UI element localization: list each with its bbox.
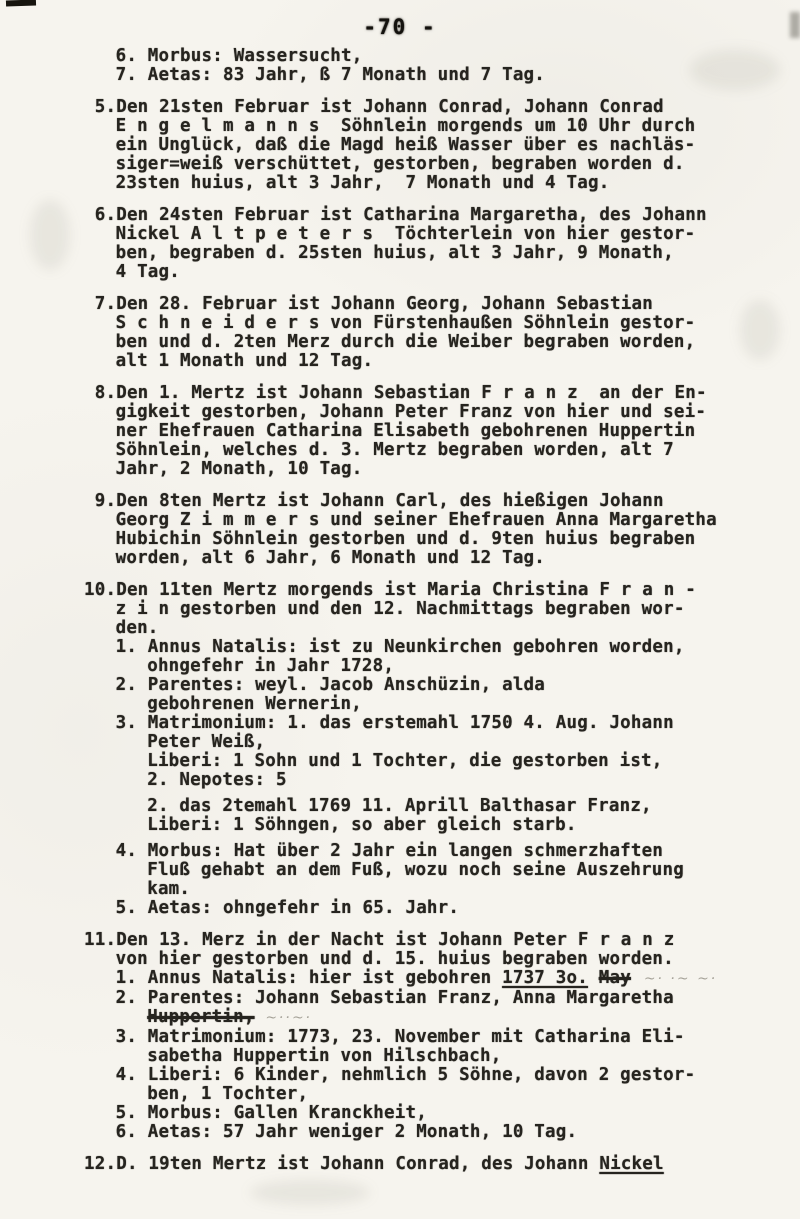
text-segment: 2. Parentes: Johann Sebastian Franz, Ann… (116, 988, 674, 1008)
text-line: Liberi: 1 Söhngen, so aber gleich starb. (84, 816, 770, 835)
text-line: von hier gestorben und d. 15. huius begr… (84, 950, 770, 969)
text-line: 23sten huius, alt 3 Jahr, 7 Monath und 4… (84, 174, 770, 193)
text-line: Peter Weiß, (84, 733, 770, 752)
document-page: -70 - 6. Morbus: Wassersucht,7. Aetas: 8… (0, 0, 800, 1219)
text-line: Fluß gehabt an dem Fuß, wozu noch seine … (84, 861, 770, 880)
text-line: Liberi: 1 Sohn und 1 Tochter, die gestor… (84, 752, 770, 771)
struck-through-text: May (599, 968, 631, 988)
text-line: 2. Parentes: weyl. Jacob Anschüzin, alda (84, 676, 770, 695)
text-line: 5. Aetas: ohngefehr in 65. Jahr. (84, 899, 770, 918)
text-line: den. (84, 619, 770, 638)
text-line: ben, begraben d. 25sten huius, alt 3 Jah… (84, 244, 770, 263)
text-segment: den. (116, 618, 159, 638)
text-segment: 2. Parentes: weyl. Jacob Anschüzin, alda (116, 675, 545, 695)
text-line: 9.Den 8ten Mertz ist Johann Carl, des hi… (84, 492, 770, 511)
text-segment: 4. Liberi: 6 Kinder, nehmlich 5 Söhne, d… (116, 1065, 696, 1085)
text-segment: ohngefehr in Jahr 1728, (147, 656, 394, 676)
text-line: E n g e l m a n n s Söhnlein morgends um… (84, 117, 770, 136)
text-segment: 6.Den 24sten Februar ist Catharina Marga… (84, 205, 707, 225)
text-segment: 7.Den 28. Februar ist Johann Georg, Joha… (84, 294, 653, 314)
text-segment: von hier gestorben und d. 15. huius begr… (116, 949, 674, 969)
text-segment (588, 968, 599, 988)
text-line: sabetha Huppertin von Hilschbach, (84, 1047, 770, 1066)
text-line: 5.Den 21sten Februar ist Johann Conrad, … (84, 98, 770, 117)
text-line: 4. Morbus: Hat über 2 Jahr ein langen sc… (84, 842, 770, 861)
scan-artifact-top-left (6, 0, 36, 7)
handwritten-annotation: ~· ·~ ~· (631, 971, 717, 987)
text-line: ben und d. 2ten Merz durch die Weiber be… (84, 333, 770, 352)
text-line: 6. Aetas: 57 Jahr weniger 2 Monath, 10 T… (84, 1123, 770, 1142)
text-line: 4 Tag. (84, 263, 770, 282)
text-line: Huppertin, ~··~· (84, 1008, 770, 1028)
text-line: gigkeit gestorben, Johann Peter Franz vo… (84, 403, 770, 422)
text-line: ohngefehr in Jahr 1728, (84, 657, 770, 676)
struck-through-text: Huppertin, (147, 1007, 254, 1027)
text-segment: kam. (147, 879, 190, 899)
text-line: Söhnlein, welches d. 3. Mertz begraben w… (84, 441, 770, 460)
text-segment: 1. Annus Natalis: hier ist gebohren (116, 968, 503, 988)
text-line: 5. Morbus: Gallen Kranckheit, (84, 1104, 770, 1123)
text-line: worden, alt 6 Jahr, 6 Monath und 12 Tag. (84, 549, 770, 568)
text-line: Hubichin Söhnlein gestorben und d. 9ten … (84, 530, 770, 549)
text-line: ein Unglück, daß die Magd heiß Wasser üb… (84, 136, 770, 155)
text-line: 2. das 2temahl 1769 11. Aprill Balthasar… (84, 797, 770, 816)
text-line: Georg Z i m m e r s und seiner Ehefrauen… (84, 511, 770, 530)
text-line: 2. Parentes: Johann Sebastian Franz, Ann… (84, 989, 770, 1008)
text-segment: gebohrenen Wernerin, (147, 694, 362, 714)
text-line: 12.D. 19ten Mertz ist Johann Conrad, des… (84, 1155, 770, 1174)
text-line: kam. (84, 880, 770, 899)
text-segment: 8.Den 1. Mertz ist Johann Sebastian F r … (84, 383, 707, 403)
text-segment: Nickel A l t p e t e r s Töchterlein von… (116, 224, 696, 244)
text-segment: 11.Den 13. Merz in der Nacht ist Johann … (84, 930, 674, 950)
text-line: 7.Den 28. Februar ist Johann Georg, Joha… (84, 295, 770, 314)
text-segment: 6. Morbus: Wassersucht, (116, 46, 363, 66)
text-segment: 23sten huius, alt 3 Jahr, 7 Monath und 4… (116, 173, 610, 193)
text-segment: Jahr, 2 Monath, 10 Tag. (116, 459, 363, 479)
text-segment: 5. Aetas: ohngefehr in 65. Jahr. (116, 898, 460, 918)
handwritten-annotation: ~··~· (265, 1010, 312, 1026)
text-segment: Fluß gehabt an dem Fuß, wozu noch seine … (147, 860, 684, 880)
text-line: 4. Liberi: 6 Kinder, nehmlich 5 Söhne, d… (84, 1066, 770, 1085)
text-line: Nickel A l t p e t e r s Töchterlein von… (84, 225, 770, 244)
text-segment: 1. Annus Natalis: ist zu Neunkirchen geb… (116, 637, 685, 657)
text-line: S c h n e i d e r s von Fürstenhaußen Sö… (84, 314, 770, 333)
text-line: 2. Nepotes: 5 (84, 771, 770, 790)
text-segment: S c h n e i d e r s von Fürstenhaußen Sö… (116, 313, 696, 333)
text-line: ben, 1 Tochter, (84, 1085, 770, 1104)
text-segment: 2. Nepotes: 5 (147, 770, 287, 790)
page-number: -70 - (0, 15, 800, 39)
text-segment: 2. das 2temahl 1769 11. Aprill Balthasar… (147, 796, 652, 816)
text-segment: 6. Aetas: 57 Jahr weniger 2 Monath, 10 T… (116, 1122, 578, 1142)
text-segment: 4. Morbus: Hat über 2 Jahr ein langen sc… (116, 841, 664, 861)
text-segment: E n g e l m a n n s Söhnlein morgends um… (116, 116, 696, 136)
text-segment (255, 1007, 266, 1027)
text-line: gebohrenen Wernerin, (84, 695, 770, 714)
text-line: 3. Matrimonium: 1. das erstemahl 1750 4.… (84, 714, 770, 733)
text-line: 1. Annus Natalis: ist zu Neunkirchen geb… (84, 638, 770, 657)
text-line: 11.Den 13. Merz in der Nacht ist Johann … (84, 931, 770, 950)
text-line: ner Ehefrauen Catharina Elisabeth gebohr… (84, 422, 770, 441)
text-segment: 9.Den 8ten Mertz ist Johann Carl, des hi… (84, 491, 664, 511)
text-line: alt 1 Monath und 12 Tag. (84, 352, 770, 371)
text-segment: 3. Matrimonium: 1. das erstemahl 1750 4.… (116, 713, 674, 733)
text-segment: 4 Tag. (116, 262, 180, 282)
text-segment: ben und d. 2ten Merz durch die Weiber be… (116, 332, 696, 352)
text-segment: ben, begraben d. 25sten huius, alt 3 Jah… (116, 243, 674, 263)
text-segment: 3. Matrimonium: 1773, 23. November mit C… (116, 1027, 685, 1047)
text-segment: 5. Morbus: Gallen Kranckheit, (116, 1103, 427, 1123)
underlined-text: Nickel (599, 1154, 663, 1174)
text-line: 10.Den 11ten Mertz morgends ist Maria Ch… (84, 581, 770, 600)
text-line: Jahr, 2 Monath, 10 Tag. (84, 460, 770, 479)
text-line: 6. Morbus: Wassersucht, (84, 47, 770, 66)
text-segment: gigkeit gestorben, Johann Peter Franz vo… (116, 402, 706, 422)
text-segment: ben, 1 Tochter, (147, 1084, 308, 1104)
text-segment: Liberi: 1 Sohn und 1 Tochter, die gestor… (147, 751, 662, 771)
text-segment: Söhnlein, welches d. 3. Mertz begraben w… (116, 440, 674, 460)
text-segment: sabetha Huppertin von Hilschbach, (147, 1046, 501, 1066)
text-segment: Hubichin Söhnlein gestorben und d. 9ten … (116, 529, 696, 549)
text-line: 8.Den 1. Mertz ist Johann Sebastian F r … (84, 384, 770, 403)
text-segment: 7. Aetas: 83 Jahr, ß 7 Monath und 7 Tag. (116, 65, 545, 85)
text-segment: z i n gestorben und den 12. Nachmittags … (116, 599, 685, 619)
text-segment: 12.D. 19ten Mertz ist Johann Conrad, des… (84, 1154, 599, 1174)
text-segment: 10.Den 11ten Mertz morgends ist Maria Ch… (84, 580, 696, 600)
text-line: 7. Aetas: 83 Jahr, ß 7 Monath und 7 Tag. (84, 66, 770, 85)
text-line: siger=weiß verschüttet, gestorben, begra… (84, 155, 770, 174)
text-segment: alt 1 Monath und 12 Tag. (116, 351, 374, 371)
text-segment: siger=weiß verschüttet, gestorben, begra… (116, 154, 685, 174)
text-segment: ein Unglück, daß die Magd heiß Wasser üb… (116, 135, 696, 155)
underlined-text: 1737 3o. (502, 968, 588, 988)
text-segment: ner Ehefrauen Catharina Elisabeth gebohr… (116, 421, 696, 441)
text-segment: 5.Den 21sten Februar ist Johann Conrad, … (84, 97, 664, 117)
text-segment: Liberi: 1 Söhngen, so aber gleich starb. (147, 815, 576, 835)
text-segment: worden, alt 6 Jahr, 6 Monath und 12 Tag. (116, 548, 545, 568)
text-segment: Georg Z i m m e r s und seiner Ehefrauen… (116, 510, 717, 530)
document-body: 6. Morbus: Wassersucht,7. Aetas: 83 Jahr… (0, 47, 800, 1174)
text-line: 6.Den 24sten Februar ist Catharina Marga… (84, 206, 770, 225)
scan-smudge (250, 1180, 370, 1205)
text-line: 1. Annus Natalis: hier ist gebohren 1737… (84, 969, 770, 989)
text-line: z i n gestorben und den 12. Nachmittags … (84, 600, 770, 619)
text-segment: Peter Weiß, (147, 732, 265, 752)
text-line: 3. Matrimonium: 1773, 23. November mit C… (84, 1028, 770, 1047)
